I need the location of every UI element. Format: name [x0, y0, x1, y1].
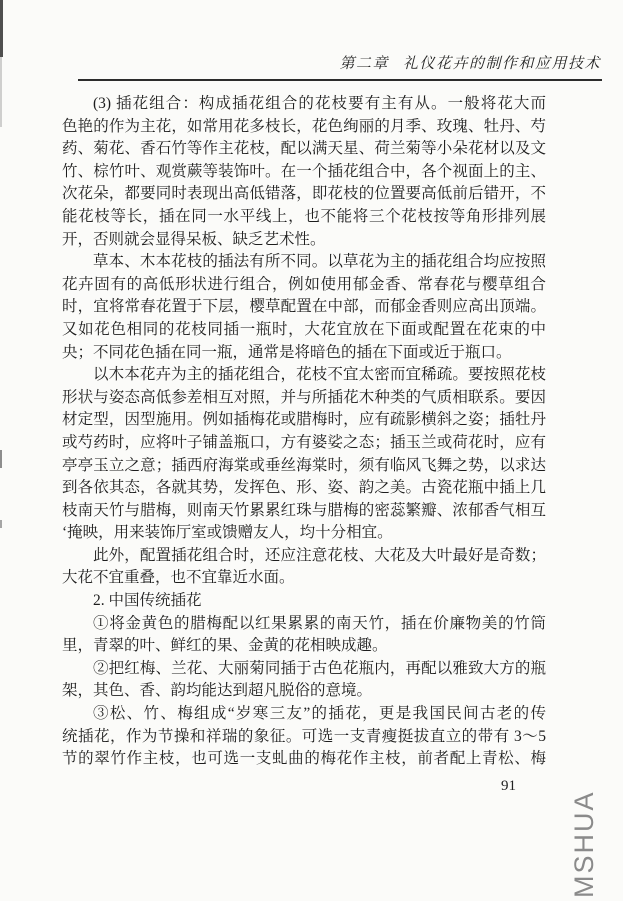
- watermark-text: MSHUA: [569, 790, 600, 898]
- text-line: 花卉固有的高低形状进行组合，例如使用郁金香、常春花与樱草组合: [62, 274, 546, 297]
- text-line: 时，宜将常春花置于下层，樱草配置在中部，而郁金香则应高出顶端。: [62, 296, 546, 319]
- body-text: (3) 插花组合：构成插花组合的花枝要有主有从。一般将花大而色艳的作为主花，如常…: [62, 93, 546, 771]
- text-line: 大花不宜重叠，也不宜靠近水面。: [62, 567, 546, 590]
- text-line: 药、菊花、香石竹等作主花枝，配以满天星、荷兰菊等小朵花材以及文: [62, 138, 546, 161]
- running-header: 第二章礼仪花卉的制作和应用技术: [339, 52, 601, 73]
- header-rule: [78, 79, 602, 81]
- text-line: 到各依其态，各就其势，发挥色、形、姿、韵之美。古瓷花瓶中插上几: [62, 477, 546, 500]
- text-line: 或芍药时，应将叶子铺盖瓶口，方有婆娑之态；插玉兰或荷花时，应有: [62, 432, 546, 455]
- text-line: 里，青翠的叶、鲜红的果、金黄的花相映成趣。: [62, 635, 546, 658]
- text-line: 统插花，作为节操和祥瑞的象征。可选一支青瘦挺拔直立的带有 3～5: [62, 726, 546, 749]
- scan-artifact: [0, 520, 2, 528]
- text-line: ②把红梅、兰花、大丽菊同插于古色花瓶内，再配以雅致大方的瓶: [62, 658, 546, 681]
- text-line: 色艳的作为主花，如常用花多枝长，花色绚丽的月季、玫瑰、牡丹、芍: [62, 116, 546, 139]
- text-line: 枝南天竹与腊梅，则南天竹累累红珠与腊梅的密蕊繁瓣、浓郁香气相互: [62, 500, 546, 523]
- text-line: 节的翠竹作主枝，也可选一支虬曲的梅花作主枝，前者配上青松、梅: [62, 748, 546, 771]
- text-line: 以木本花卉为主的插花组合，花枝不宜太密而宜稀疏。要按照花枝: [62, 364, 546, 387]
- page-number: 91: [0, 778, 516, 795]
- text-line: ①将金黄色的腊梅配以红果累累的南天竹，插在价廉物美的竹筒: [62, 613, 546, 636]
- text-line: 央；不同花色插在同一瓶，通常是将暗色的插在下面或近于瓶口。: [62, 342, 546, 365]
- text-line: 次花朵，都要同时表现出高低错落，即花枝的位置要高低前后错开，不: [62, 183, 546, 206]
- text-line: 又如花色相同的花枝同插一瓶时，大花宜放在下面或配置在花束的中: [62, 319, 546, 342]
- text-line: 架，其色、香、韵均能达到超凡脱俗的意境。: [62, 680, 546, 703]
- text-line: 2. 中国传统插花: [62, 590, 546, 613]
- text-line: 竹、棕竹叶、观赏蕨等装饰叶。在一个插花组合中，各个视面上的主、: [62, 161, 546, 184]
- chapter-title: 礼仪花卉的制作和应用技术: [403, 56, 601, 72]
- text-line: 形状与姿态高低参差相互对照，并与所插花木种类的气质相联系。要因: [62, 387, 546, 410]
- book-page: 第二章礼仪花卉的制作和应用技术 (3) 插花组合：构成插花组合的花枝要有主有从。…: [0, 0, 623, 901]
- text-line: 能花枝等长，插在同一水平线上，也不能将三个花枝按等角形排列展: [62, 206, 546, 229]
- scan-artifact: [0, 57, 2, 127]
- text-line: ③松、竹、梅组成“岁寒三友”的插花，更是我国民间古老的传: [62, 703, 546, 726]
- text-line: 亭亭玉立之意；插西府海棠或垂丝海棠时，须有临风飞舞之势，以求达: [62, 455, 546, 478]
- chapter-label: 第二章: [339, 56, 389, 72]
- text-line: 材定型，因型施用。例如插梅花或腊梅时，应有疏影横斜之姿；插牡丹: [62, 409, 546, 432]
- text-line: 草本、木本花枝的插法有所不同。以草花为主的插花组合均应按照: [62, 251, 546, 274]
- text-line: ‘掩映，用来装饰厅室或馈赠友人，均十分相宜。: [62, 522, 546, 545]
- scan-artifact: [0, 450, 2, 468]
- text-line: 开，否则就会显得呆板、缺乏艺术性。: [62, 229, 546, 252]
- text-line: 此外，配置插花组合时，还应注意花枝、大花及大叶最好是奇数；: [62, 545, 546, 568]
- scan-artifact: [0, 0, 3, 57]
- text-line: (3) 插花组合：构成插花组合的花枝要有主有从。一般将花大而: [62, 93, 546, 116]
